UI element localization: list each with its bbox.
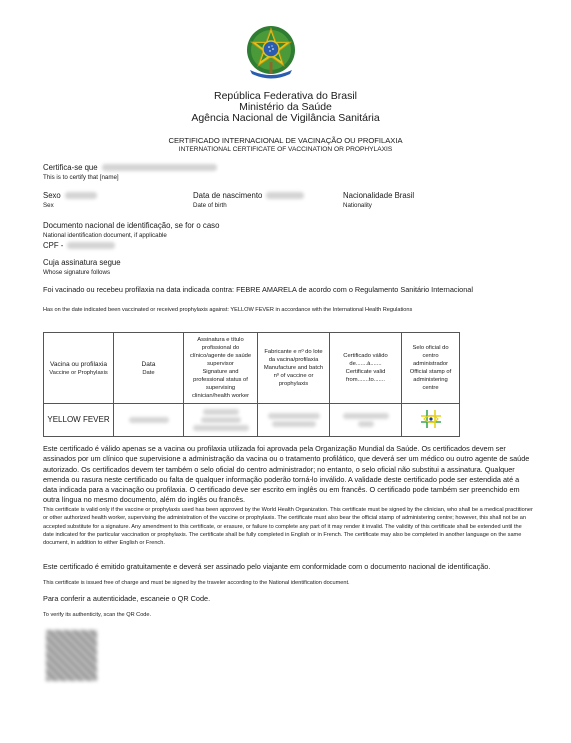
nationality-label: Nacionalidade Brasil — [343, 191, 414, 200]
verify-note-en: To verify its authenticity, scan the QR … — [43, 611, 533, 619]
sex-label-en: Sex — [43, 202, 54, 209]
cell-signature — [184, 404, 258, 437]
col-validity: Certificado válido de.......à.......Cert… — [330, 333, 402, 404]
cell-vaccine: YELLOW FEVER — [44, 404, 114, 437]
col-manufacturer: Fabricante e nº do lote da vacina/profil… — [258, 333, 330, 404]
nationality-label-en: Nationality — [343, 202, 372, 209]
cell-stamp — [402, 404, 460, 437]
free-note-pt: Este certificado é emitido gratuitamente… — [43, 562, 533, 572]
col-vaccine: Vacina ou profilaxiaVaccine or Prophylax… — [44, 333, 114, 404]
certify-label: Certifica-se que — [43, 163, 217, 172]
title-en: INTERNATIONAL CERTIFICATE OF VACCINATION… — [0, 146, 571, 153]
holder-name-redacted — [102, 164, 217, 171]
signature-label-en: Whose signature follows — [43, 269, 110, 276]
table-header-row: Vacina ou profilaxiaVaccine or Prophylax… — [44, 333, 460, 404]
cell-validity — [330, 404, 402, 437]
brazil-coat-of-arms-icon — [240, 22, 302, 84]
id-doc-label-en: National identification document, if app… — [43, 232, 167, 239]
certificate-page: República Federativa do Brasil Ministéri… — [0, 0, 571, 743]
cell-manufacturer — [258, 404, 330, 437]
cell-date — [114, 404, 184, 437]
free-note-en: This certificate is issued free of charg… — [43, 579, 533, 587]
vaccinated-statement: Foi vacinado ou recebeu profilaxia na da… — [43, 285, 533, 295]
birth-label-en: Date of birth — [193, 202, 227, 209]
title-pt: CERTIFICADO INTERNACIONAL DE VACINAÇÃO O… — [0, 136, 571, 145]
birth-label: Data de nascimento — [193, 191, 304, 200]
qr-code-icon[interactable] — [46, 630, 97, 681]
verify-note-pt: Para conferir a autenticidade, escaneie … — [43, 594, 533, 604]
vaccination-table: Vacina ou profilaxiaVaccine or Prophylax… — [43, 332, 460, 437]
cpf-value-redacted — [67, 242, 115, 249]
header-agency: Agência Nacional de Vigilância Sanitária — [0, 112, 571, 125]
table-row: YELLOW FEVER — [44, 404, 460, 437]
certify-label-en: This is to certify that [name] — [43, 174, 119, 181]
signature-label: Cuja assinatura segue — [43, 258, 121, 267]
col-stamp: Selo oficial do centro administradorOffi… — [402, 333, 460, 404]
vaccinated-statement-en: Has on the date indicated been vaccinate… — [43, 306, 533, 314]
sex-value-redacted — [65, 192, 97, 199]
id-doc-label: Documento nacional de identificação, se … — [43, 221, 219, 230]
sex-label: Sexo — [43, 191, 97, 200]
validity-note-en: This certificate is valid only if the va… — [43, 506, 533, 547]
birth-value-redacted — [266, 192, 304, 199]
anvisa-stamp-icon — [418, 408, 444, 430]
validity-note-pt: Este certificado é válido apenas se a va… — [43, 444, 533, 506]
col-signature: Assinatura e título profissional do clín… — [184, 333, 258, 404]
cpf-label: CPF - — [43, 241, 115, 250]
col-date: DataDate — [114, 333, 184, 404]
